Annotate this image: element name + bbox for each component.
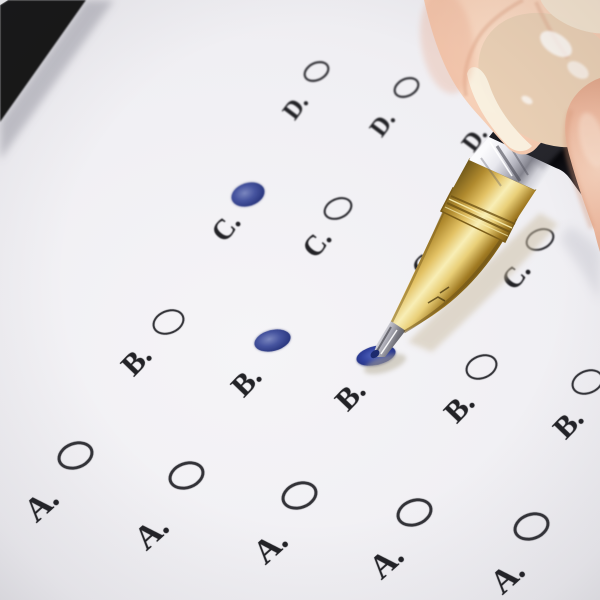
photo-answer-sheet-scene: A.A.A.A.A.B.B.B.B.B.C.C.C.C.D.D.D.D. (0, 0, 600, 600)
pen-hand-layer (0, 0, 600, 600)
